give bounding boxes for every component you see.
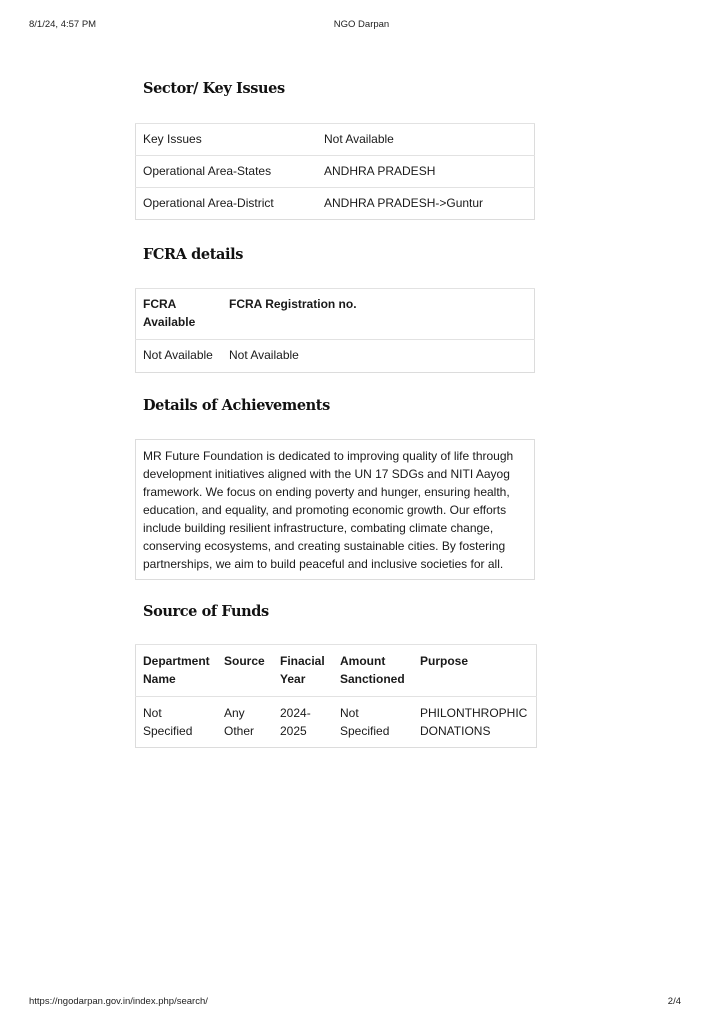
sector-label: Key Issues — [136, 124, 318, 156]
column-header: FCRA Registration no. — [222, 289, 535, 340]
funds-heading: Source of Funds — [143, 603, 269, 620]
column-header: FCRA Available — [136, 289, 223, 340]
fcra-table: FCRA Available FCRA Registration no. Not… — [135, 288, 535, 373]
achievements-text: MR Future Foundation is dedicated to imp… — [135, 439, 535, 580]
table-cell: PHILONTHROPHIC DONATIONS — [413, 697, 537, 748]
column-header: Department Name — [136, 645, 218, 697]
table-cell: Not Available — [222, 340, 535, 373]
column-header: Finacial Year — [273, 645, 333, 697]
table-row: Key Issues Not Available — [136, 124, 535, 156]
sector-value: ANDHRA PRADESH — [317, 156, 535, 188]
column-header: Source — [217, 645, 273, 697]
funds-table: Department Name Source Finacial Year Amo… — [135, 644, 537, 748]
sector-value: ANDHRA PRADESH->Guntur — [317, 188, 535, 220]
sector-value: Not Available — [317, 124, 535, 156]
table-cell: Any Other — [217, 697, 273, 748]
table-cell: Not Specified — [136, 697, 218, 748]
achievements-heading: Details of Achievements — [143, 397, 330, 414]
table-row: Operational Area-States ANDHRA PRADESH — [136, 156, 535, 188]
table-header-row: Department Name Source Finacial Year Amo… — [136, 645, 537, 697]
print-title: NGO Darpan — [0, 19, 723, 30]
table-cell: 2024-2025 — [273, 697, 333, 748]
table-row: Not Available Not Available — [136, 340, 535, 373]
column-header: Purpose — [413, 645, 537, 697]
print-url: https://ngodarpan.gov.in/index.php/searc… — [29, 996, 208, 1007]
table-row: Operational Area-District ANDHRA PRADESH… — [136, 188, 535, 220]
page-number: 2/4 — [668, 996, 681, 1007]
sector-heading: Sector/ Key Issues — [143, 80, 285, 97]
table-row: Not Specified Any Other 2024-2025 Not Sp… — [136, 697, 537, 748]
table-cell: Not Specified — [333, 697, 413, 748]
sector-table: Key Issues Not Available Operational Are… — [135, 123, 535, 220]
table-cell: Not Available — [136, 340, 223, 373]
sector-label: Operational Area-District — [136, 188, 318, 220]
column-header: Amount Sanctioned — [333, 645, 413, 697]
fcra-heading: FCRA details — [143, 246, 243, 263]
sector-label: Operational Area-States — [136, 156, 318, 188]
table-header-row: FCRA Available FCRA Registration no. — [136, 289, 535, 340]
